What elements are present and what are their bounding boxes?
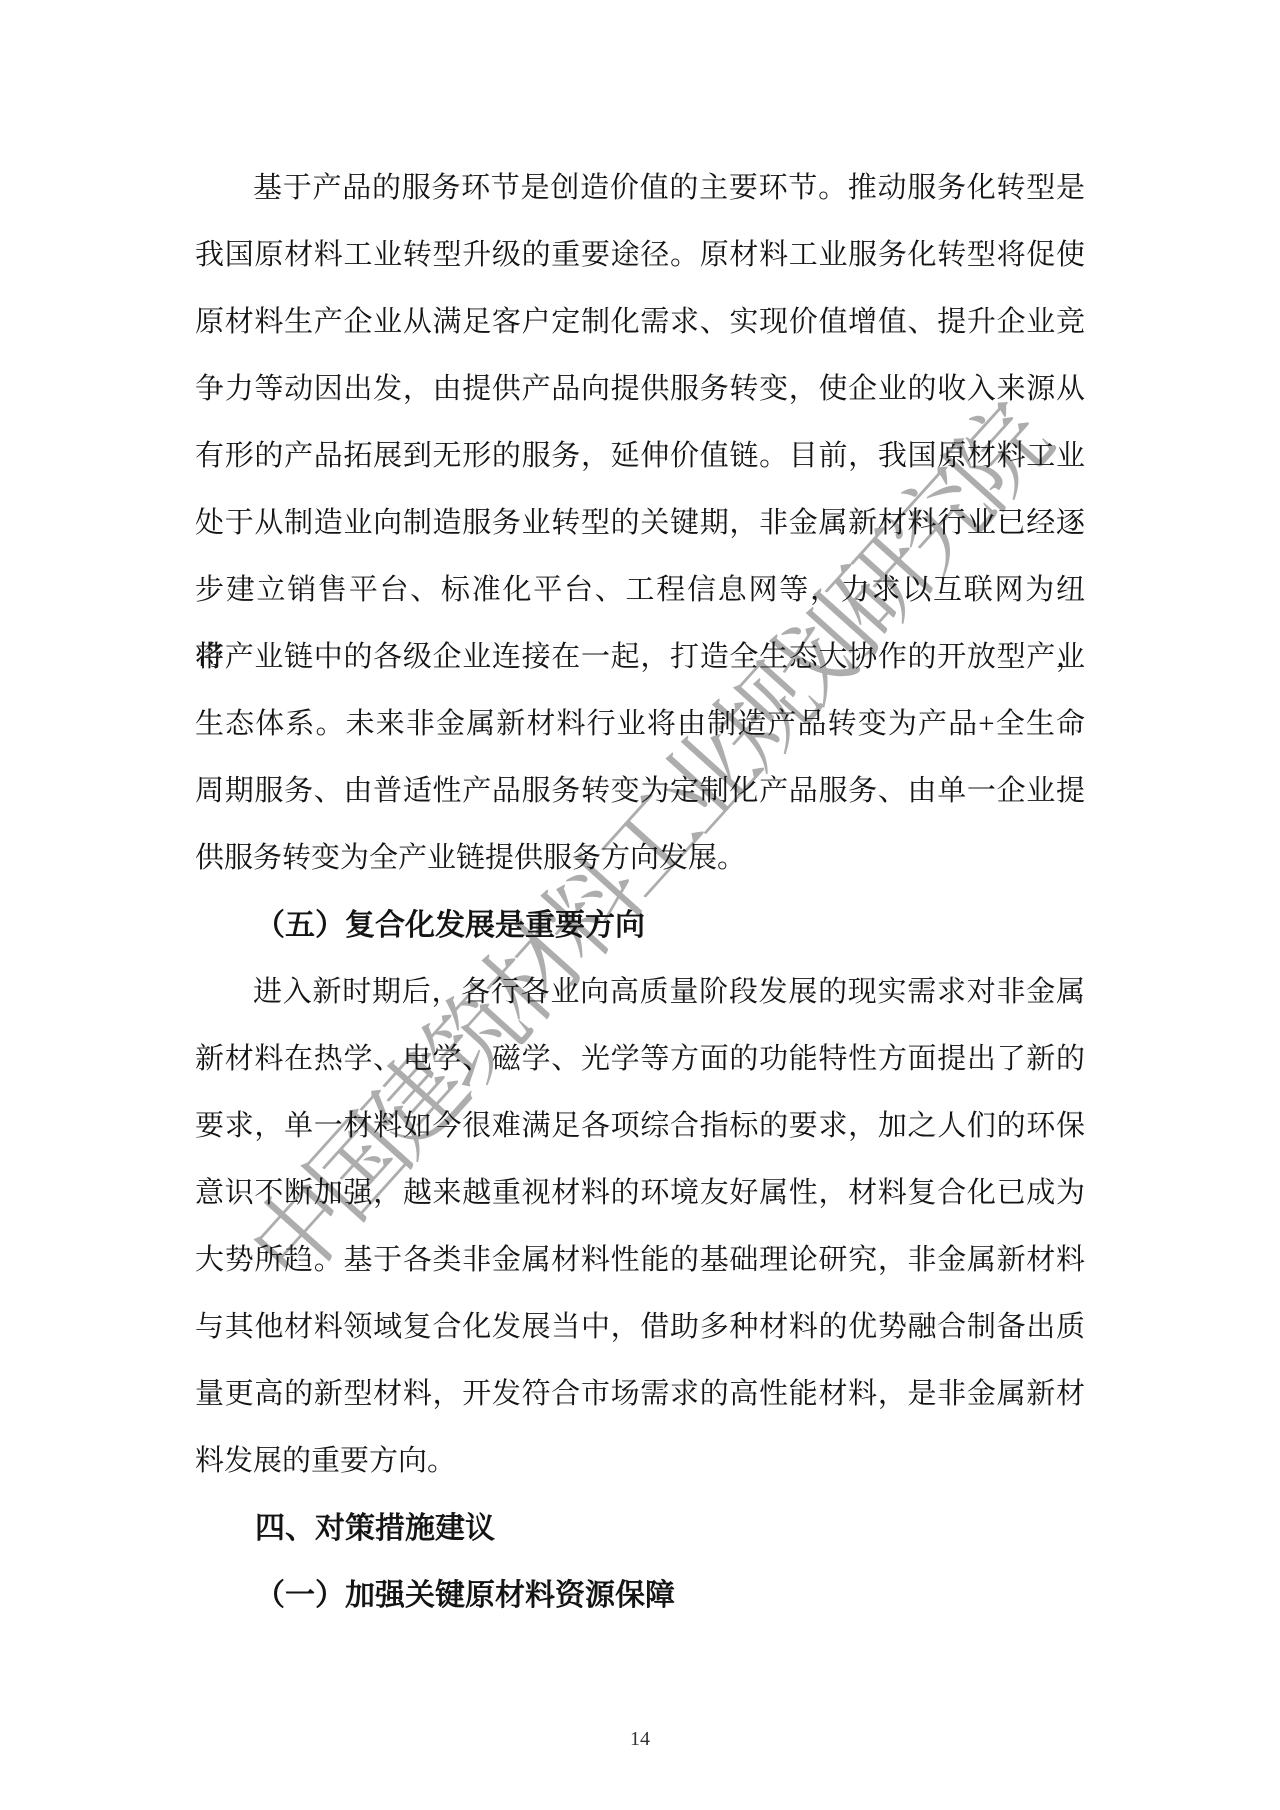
text-line: 与其他材料领域复合化发展当中，借助多种材料的优势融合制备出质 [195, 1294, 1085, 1361]
subsection-heading-1: （一）加强关键原材料资源保障 [195, 1562, 1085, 1629]
text-line: 周期服务、由普适性产品服务转变为定制化产品服务、由单一企业提 [195, 758, 1085, 825]
text-line: 意识不断加强，越来越重视材料的环境友好属性，材料复合化已成为 [195, 1160, 1085, 1227]
text-line: 步建立销售平台、标准化平台、工程信息网等，力求以互联网为纽带， [195, 557, 1085, 624]
section-heading-5: （五）复合化发展是重要方向 [195, 892, 1085, 959]
text-line: 要求，单一材料如今很难满足各项综合指标的要求，加之人们的环保 [195, 1093, 1085, 1160]
text-line: 处于从制造业向制造服务业转型的关键期，非金属新材料行业已经逐 [195, 490, 1085, 557]
text-line: 生态体系。未来非金属新材料行业将由制造产品转变为产品+全生命 [195, 691, 1085, 758]
text-line: 争力等动因出发，由提供产品向提供服务转变，使企业的收入来源从 [195, 356, 1085, 423]
text-line: 基于产品的服务环节是创造价值的主要环节。推动服务化转型是 [195, 155, 1085, 222]
document-page: 中国建筑材料工业规划研究院 基于产品的服务环节是创造价值的主要环节。推动服务化转… [0, 0, 1280, 1810]
text-line: 有形的产品拓展到无形的服务，延伸价值链。目前，我国原材料工业 [195, 423, 1085, 490]
text-line: 原材料生产企业从满足客户定制化需求、实现价值增值、提升企业竞 [195, 289, 1085, 356]
document-body: 基于产品的服务环节是创造价值的主要环节。推动服务化转型是 我国原材料工业转型升级… [195, 155, 1085, 1629]
text-line: 大势所趋。基于各类非金属材料性能的基础理论研究，非金属新材料 [195, 1227, 1085, 1294]
text-line: 量更高的新型材料，开发符合市场需求的高性能材料，是非金属新材 [195, 1361, 1085, 1428]
text-line: 将产业链中的各级企业连接在一起，打造全生态大协作的开放型产业 [195, 624, 1085, 691]
chapter-heading-4: 四、对策措施建议 [195, 1495, 1085, 1562]
text-line: 料发展的重要方向。 [195, 1428, 1085, 1495]
text-line: 供服务转变为全产业链提供服务方向发展。 [195, 825, 1085, 892]
page-number: 14 [0, 1728, 1280, 1751]
text-line: 进入新时期后，各行各业向高质量阶段发展的现实需求对非金属 [195, 959, 1085, 1026]
text-line: 我国原材料工业转型升级的重要途径。原材料工业服务化转型将促使 [195, 222, 1085, 289]
text-line: 新材料在热学、电学、磁学、光学等方面的功能特性方面提出了新的 [195, 1026, 1085, 1093]
